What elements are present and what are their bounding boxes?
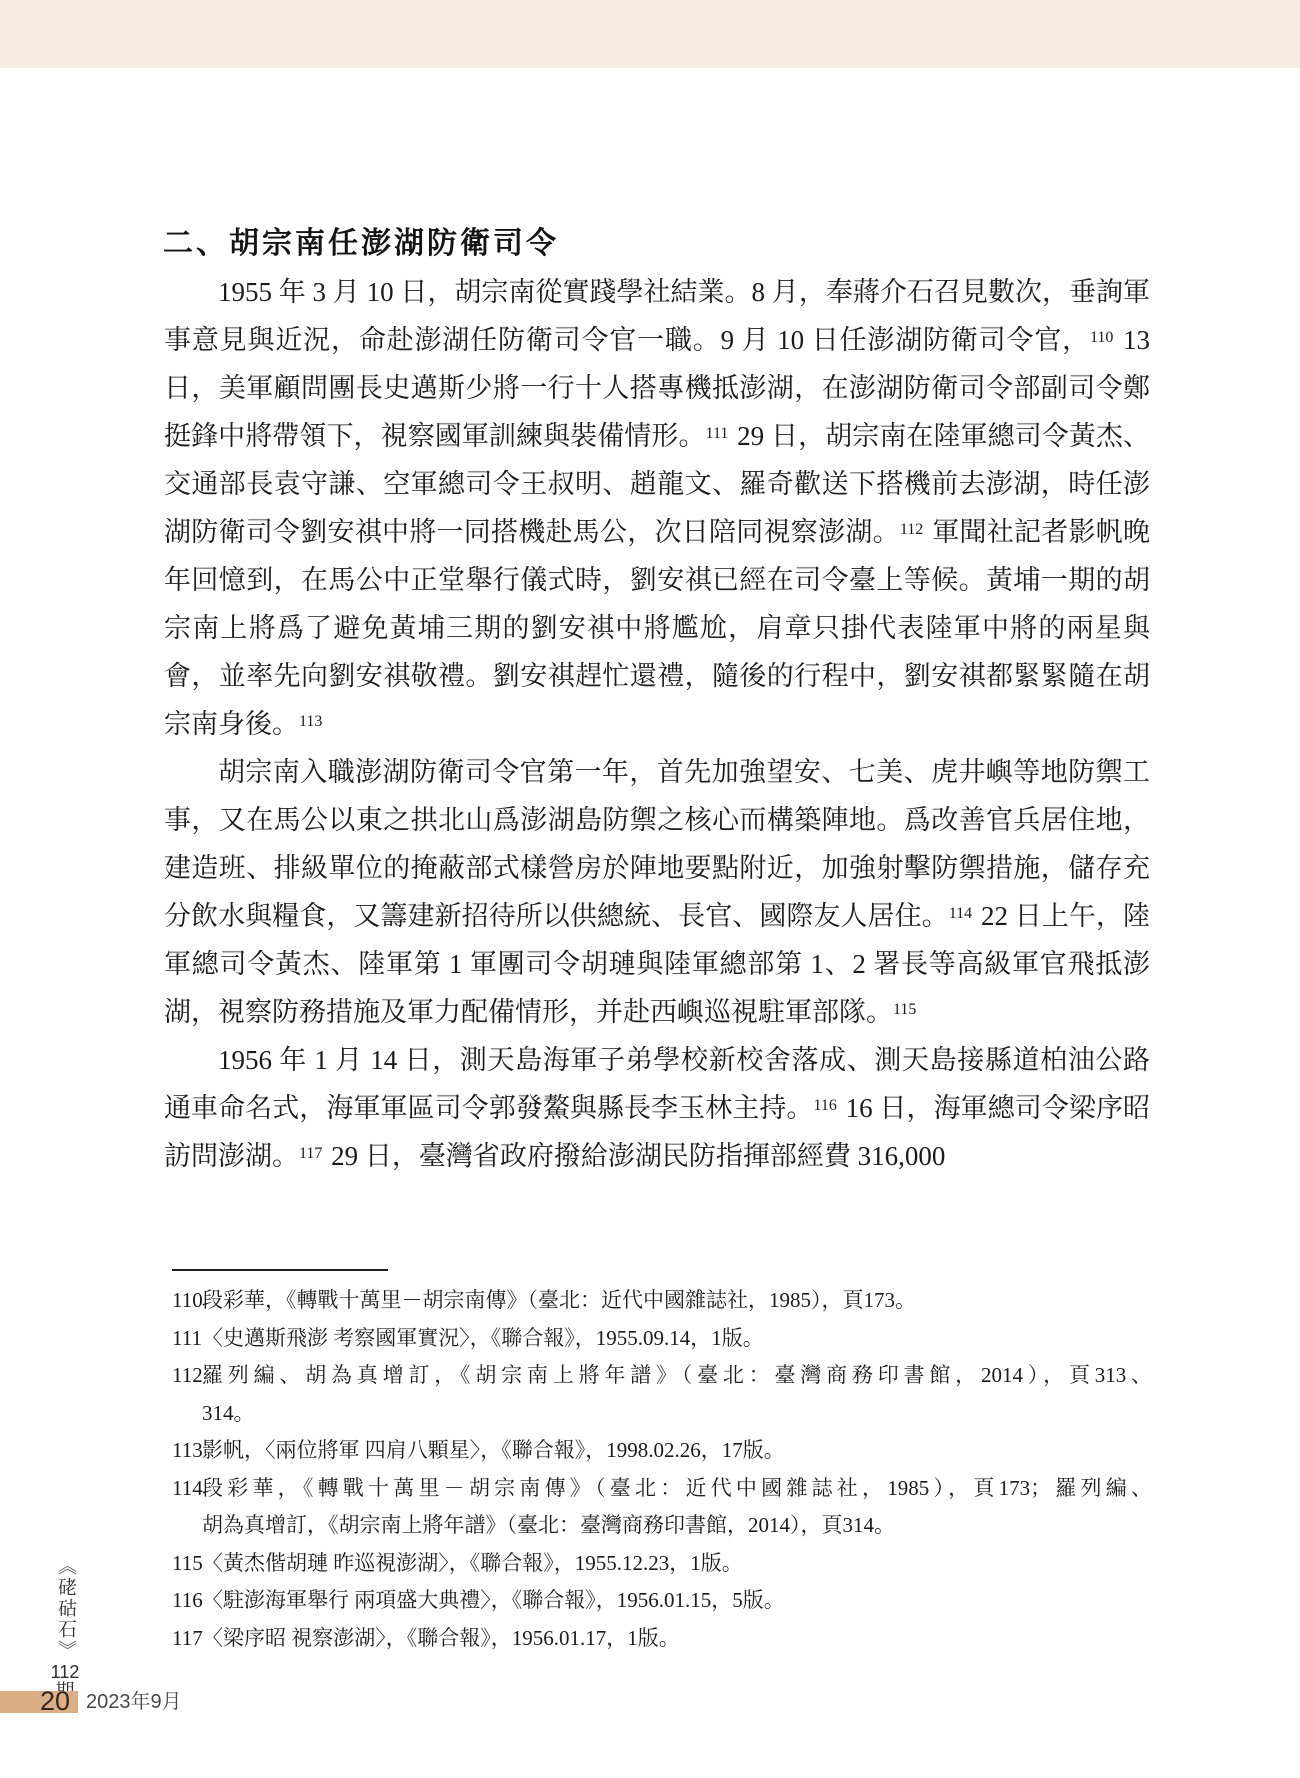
page-number: 20 [40, 1687, 70, 1715]
footnote-reference: 116 [813, 1097, 836, 1114]
journal-title-vertical: 《硓𥑮石》 112 期 [46, 1556, 84, 1702]
footnote-reference: 112 [900, 521, 923, 538]
footnote-line: 影帆，〈兩位將軍 四肩八顆星〉，《聯合報》，1998.02.26，17版。 [202, 1432, 1152, 1470]
footnote: 114段彩華，《轉戰十萬里－胡宗南傳》（臺北：近代中國雜誌社，1985），頁17… [172, 1470, 1152, 1545]
footnotes-section: 110段彩華，《轉戰十萬里－胡宗南傳》（臺北：近代中國雜誌社，1985），頁17… [172, 1282, 1152, 1657]
footnote-number: 113 [172, 1432, 202, 1470]
footnote-line: 段彩華，《轉戰十萬里－胡宗南傳》（臺北：近代中國雜誌社，1985），頁173；羅… [202, 1470, 1152, 1508]
section-heading: 二、胡宗南任澎湖防衛司令 [163, 226, 1163, 262]
page-number-badge: 20 [0, 1691, 78, 1713]
footnote-reference: 117 [299, 1145, 322, 1162]
footnote-reference: 111 [706, 425, 729, 442]
footnote-text: 〈駐澎海軍舉行 兩項盛大典禮〉，《聯合報》，1956.01.15，5版。 [202, 1582, 1152, 1620]
footnote-number: 114 [172, 1470, 202, 1508]
footnote-number: 117 [172, 1620, 202, 1658]
footnote-number: 115 [172, 1545, 202, 1583]
article-body: 1955 年 3 月 10 日，胡宗南從實踐學社結業。8 月，奉蔣介石召見數次，… [164, 268, 1150, 1180]
body-paragraph: 1956 年 1 月 14 日，測天島海軍子弟學校新校舍落成、測天島接縣道柏油公… [164, 1036, 1150, 1180]
footnote-number: 112 [172, 1357, 202, 1395]
journal-title: 《硓𥑮石》 [46, 1556, 84, 1660]
body-paragraph: 1955 年 3 月 10 日，胡宗南從實踐學社結業。8 月，奉蔣介石召見數次，… [164, 268, 1150, 748]
header-band [0, 0, 1300, 68]
footnote-reference: 113 [299, 713, 322, 730]
footnote-separator-rule [172, 1269, 388, 1271]
footnote-line: 胡為真增訂，《胡宗南上將年譜》（臺北：臺灣商務印書館，2014），頁314。 [202, 1507, 1152, 1545]
footnote-line: 〈史邁斯飛澎 考察國軍實況〉，《聯合報》，1955.09.14，1版。 [202, 1320, 1152, 1358]
footnote-line: 〈駐澎海軍舉行 兩項盛大典禮〉，《聯合報》，1956.01.15，5版。 [202, 1582, 1152, 1620]
footnote: 110段彩華，《轉戰十萬里－胡宗南傳》（臺北：近代中國雜誌社，1985），頁17… [172, 1282, 1152, 1320]
footnote-reference: 114 [949, 905, 972, 922]
footnote-text: 〈黃杰偕胡璉 昨巡視澎湖〉，《聯合報》，1955.12.23，1版。 [202, 1545, 1152, 1583]
footnote: 112羅列編、胡為真增訂，《胡宗南上將年譜》（臺北：臺灣商務印書館，2014），… [172, 1357, 1152, 1432]
footnote-reference: 110 [1090, 329, 1113, 346]
footnote-line: 314。 [202, 1395, 1152, 1433]
footnote: 111〈史邁斯飛澎 考察國軍實況〉，《聯合報》，1955.09.14，1版。 [172, 1320, 1152, 1358]
issue-number: 112 [46, 1663, 84, 1682]
footnote: 117〈梁序昭 視察澎湖〉，《聯合報》，1956.01.17，1版。 [172, 1620, 1152, 1658]
footnote-text: 〈史邁斯飛澎 考察國軍實況〉，《聯合報》，1955.09.14，1版。 [202, 1320, 1152, 1358]
footnote-text: 影帆，〈兩位將軍 四肩八顆星〉，《聯合報》，1998.02.26，17版。 [202, 1432, 1152, 1470]
footnote: 113影帆，〈兩位將軍 四肩八顆星〉，《聯合報》，1998.02.26，17版。 [172, 1432, 1152, 1470]
footnote-number: 111 [172, 1320, 202, 1358]
footnote: 115〈黃杰偕胡璉 昨巡視澎湖〉，《聯合報》，1955.12.23，1版。 [172, 1545, 1152, 1583]
footnote-text: 段彩華，《轉戰十萬里－胡宗南傳》（臺北：近代中國雜誌社，1985），頁173。 [202, 1282, 1152, 1320]
footnote-line: 〈黃杰偕胡璉 昨巡視澎湖〉，《聯合報》，1955.12.23，1版。 [202, 1545, 1152, 1583]
issue-date: 2023年9月 [86, 1690, 182, 1714]
footnote-reference: 115 [893, 1001, 916, 1018]
footnote-line: 羅列編、胡為真增訂，《胡宗南上將年譜》（臺北：臺灣商務印書館，2014），頁31… [202, 1357, 1152, 1395]
footnote-line: 段彩華，《轉戰十萬里－胡宗南傳》（臺北：近代中國雜誌社，1985），頁173。 [202, 1282, 1152, 1320]
body-paragraph: 胡宗南入職澎湖防衛司令官第一年，首先加強望安、七美、虎井嶼等地防禦工事，又在馬公… [164, 748, 1150, 1036]
footnote-number: 116 [172, 1582, 202, 1620]
footnote-text: 段彩華，《轉戰十萬里－胡宗南傳》（臺北：近代中國雜誌社，1985），頁173；羅… [202, 1470, 1152, 1545]
footnote-line: 〈梁序昭 視察澎湖〉，《聯合報》，1956.01.17，1版。 [202, 1620, 1152, 1658]
footnote-number: 110 [172, 1282, 202, 1320]
document-page: 二、胡宗南任澎湖防衛司令 1955 年 3 月 10 日，胡宗南從實踐學社結業。… [0, 0, 1300, 1778]
footnote: 116〈駐澎海軍舉行 兩項盛大典禮〉，《聯合報》，1956.01.15，5版。 [172, 1582, 1152, 1620]
footnote-text: 〈梁序昭 視察澎湖〉，《聯合報》，1956.01.17，1版。 [202, 1620, 1152, 1658]
footnote-text: 羅列編、胡為真增訂，《胡宗南上將年譜》（臺北：臺灣商務印書館，2014），頁31… [202, 1357, 1152, 1432]
